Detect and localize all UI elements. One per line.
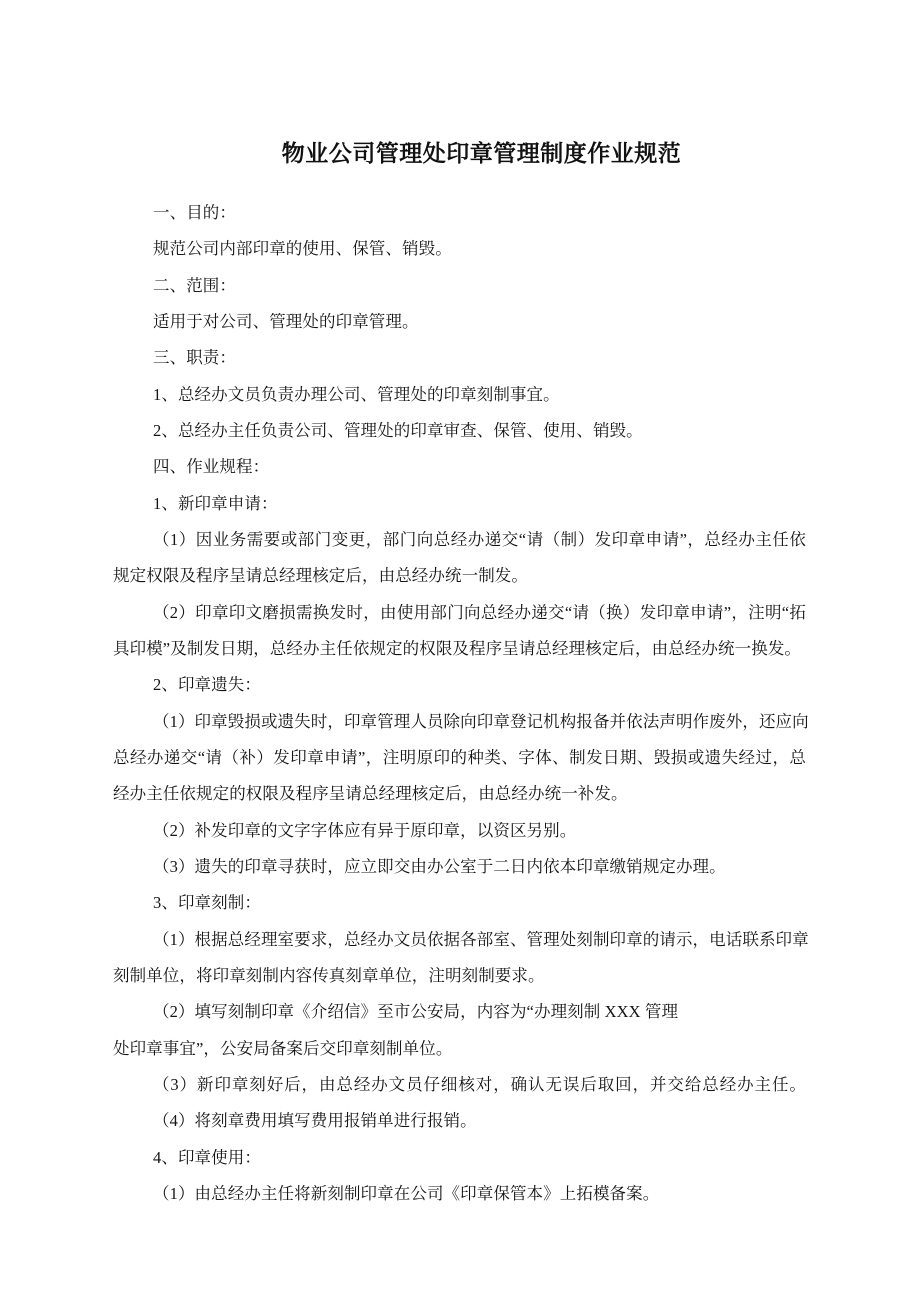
text-line: （2）印章印文磨损需换发时，由使用部门向总经办递交“请（换）发印章申请”，注明“… — [113, 595, 806, 631]
text-line: 一、目的： — [113, 195, 806, 231]
text-line: 2、总经办主任负责公司、管理处的印章审查、保管、使用、销毁。 — [113, 413, 806, 449]
text-line: 总经办递交“请（补）发印章申请”，注明原印的种类、字体、制发日期、毁损或遗失经过… — [113, 740, 806, 776]
text-line: 规范公司内部印章的使用、保管、销毁。 — [113, 231, 806, 267]
text-line: 3、印章刻制： — [113, 885, 806, 921]
text-line: （2）填写刻制印章《介绍信》至市公安局，内容为“办理刻制 XXX 管理 — [113, 994, 806, 1030]
text-line: 2、印章遗失： — [113, 667, 806, 703]
text-line: 4、印章使用： — [113, 1140, 806, 1176]
text-line: 适用于对公司、管理处的印章管理。 — [113, 304, 806, 340]
text-line: （1）根据总经理室要求，总经办文员依据各部室、管理处刻制印章的请示，电话联系印章 — [113, 922, 806, 958]
text-line: （4）将刻章费用填写费用报销单进行报销。 — [113, 1103, 806, 1139]
document-title: 物业公司管理处印章管理制度作业规范 — [113, 139, 806, 167]
document-body: 一、目的：规范公司内部印章的使用、保管、销毁。二、范围：适用于对公司、管理处的印… — [113, 195, 806, 1212]
text-line: 规定权限及程序呈请总经理核定后，由总经办统一制发。 — [113, 558, 806, 594]
text-line: （2）补发印章的文字字体应有异于原印章，以资区另别。 — [113, 813, 806, 849]
text-line: （1）印章毁损或遗失时，印章管理人员除向印章登记机构报备并依法声明作废外，还应向 — [113, 704, 806, 740]
text-line: （1）因业务需要或部门变更，部门向总经办递交“请（制）发印章申请”，总经办主任依 — [113, 522, 806, 558]
document-page: 物业公司管理处印章管理制度作业规范 一、目的：规范公司内部印章的使用、保管、销毁… — [0, 0, 920, 1301]
text-line: 刻制单位，将印章刻制内容传真刻章单位，注明刻制要求。 — [113, 958, 806, 994]
text-line: 1、新印章申请： — [113, 486, 806, 522]
text-line: 三、职责： — [113, 340, 806, 376]
text-line: （3）遗失的印章寻获时，应立即交由办公室于二日内依本印章缴销规定办理。 — [113, 849, 806, 885]
text-line: 二、范围： — [113, 268, 806, 304]
text-line: 处印章事宜”，公安局备案后交印章刻制单位。 — [113, 1031, 806, 1067]
text-line: 1、总经办文员负责办理公司、管理处的印章刻制事宜。 — [113, 377, 806, 413]
text-line: （1）由总经办主任将新刻制印章在公司《印章保管本》上拓模备案。 — [113, 1176, 806, 1212]
text-line: （3）新印章刻好后，由总经办文员仔细核对，确认无误后取回，并交给总经办主任。 — [113, 1067, 806, 1103]
text-line: 经办主任依规定的权限及程序呈请总经理核定后，由总经办统一补发。 — [113, 776, 806, 812]
text-line: 四、作业规程： — [113, 449, 806, 485]
text-line: 具印模”及制发日期，总经办主任依规定的权限及程序呈请总经理核定后，由总经办统一换… — [113, 631, 806, 667]
